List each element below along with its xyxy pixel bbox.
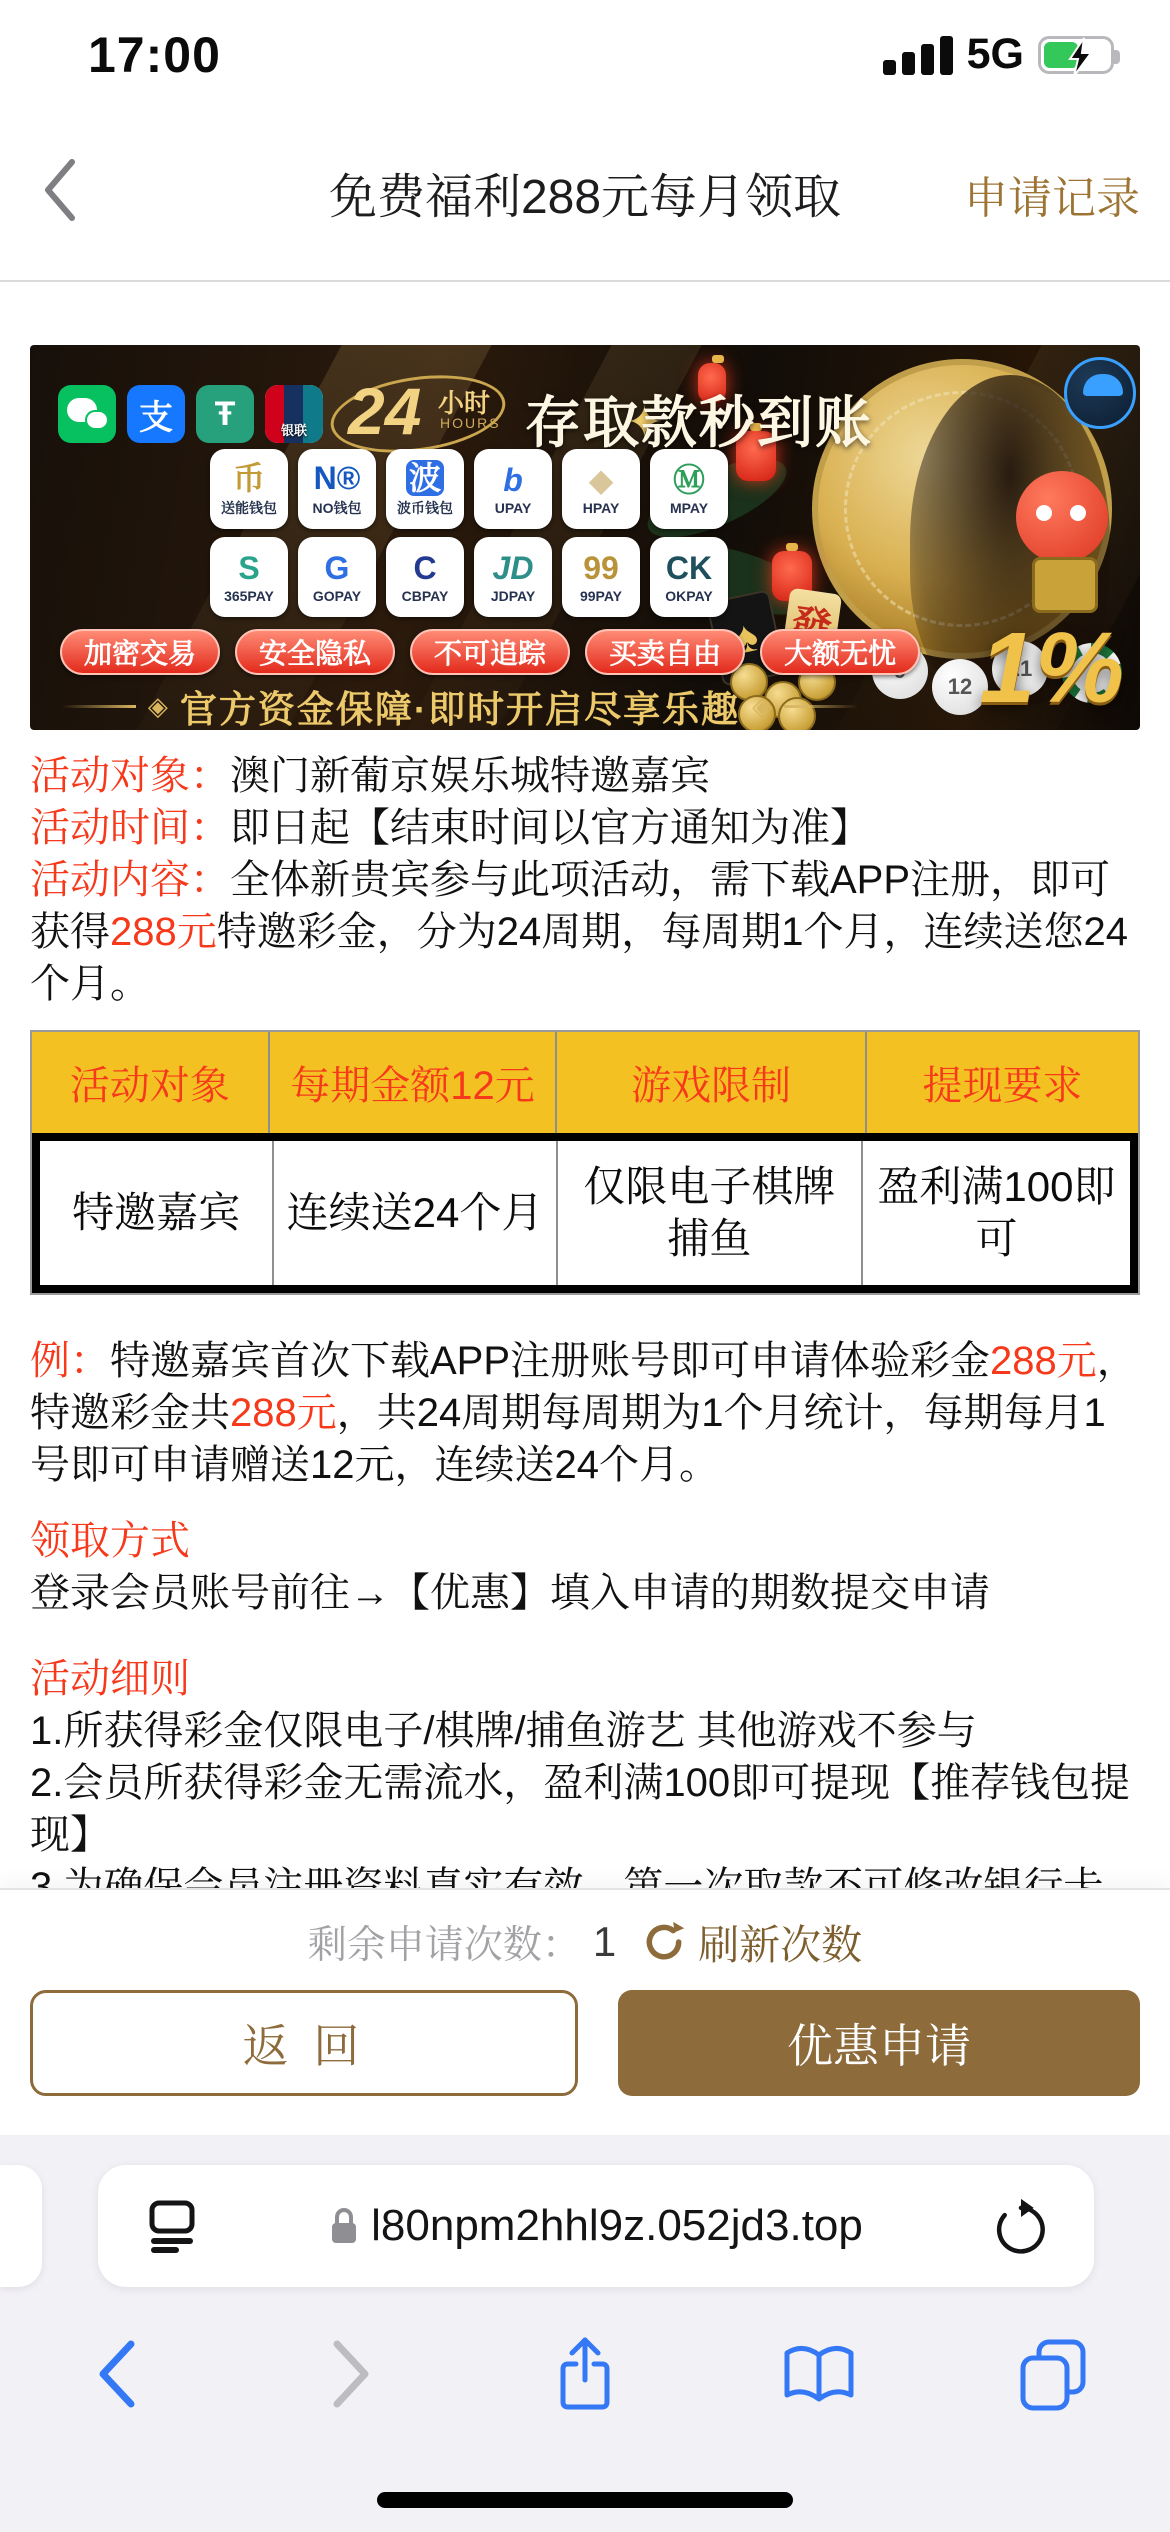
lock-icon bbox=[329, 2206, 359, 2246]
home-indicator[interactable] bbox=[377, 2492, 793, 2508]
wallet-tile: 波波币钱包 bbox=[386, 449, 464, 529]
alipay-icon: 支 bbox=[127, 385, 185, 443]
activity-time-value: 即日起【结束时间以官方通知为准】 bbox=[230, 806, 870, 850]
bonus-amount: 288元 bbox=[110, 910, 217, 954]
banner-headline: 存取款秒到账 bbox=[525, 379, 873, 459]
claim-method-section: 领取方式 登录会员账号前往→【优惠】填入申请的期数提交申请 bbox=[0, 1515, 1170, 1619]
parachute-toy-decoration bbox=[1064, 357, 1136, 429]
apply-promo-button[interactable]: 优惠申请 bbox=[618, 1990, 1140, 2096]
activity-intro: 活动对象：澳门新葡京娱乐城特邀嘉宾 活动时间：即日起【结束时间以官方通知为准】 … bbox=[0, 750, 1170, 1010]
signal-strength-icon bbox=[883, 35, 953, 75]
activity-time-label: 活动时间： bbox=[30, 806, 230, 850]
table-cell: 盈利满100即可 bbox=[863, 1141, 1130, 1285]
rule-item: 1.所获得彩金仅限电子/棋牌/捕鱼游艺 其他游戏不参与 bbox=[30, 1705, 1140, 1757]
share-icon[interactable] bbox=[545, 2331, 625, 2417]
gift-box-decoration bbox=[1032, 557, 1098, 613]
rule-item: 2.会员所获得彩金无需流水，盈利满100即可提现【推荐钱包提现】 bbox=[30, 1757, 1140, 1861]
wallet-tiles-row1: 币送能钱包 N®NO钱包 波波币钱包 bUPAY ◆HPAY ⓂMPAY bbox=[210, 449, 728, 529]
wallet-tile: ◆HPAY bbox=[562, 449, 640, 529]
table-header-cell: 提现要求 bbox=[867, 1032, 1138, 1133]
wechat-icon bbox=[58, 385, 116, 443]
table-header-cell: 每期金额12元 bbox=[270, 1032, 558, 1133]
rule-item: 3.为确保会员注册资料真实有效，第一次取款不可修改银行卡及任何资料，如需修改将扣… bbox=[30, 1861, 1140, 1890]
table-header-cell: 活动对象 bbox=[32, 1032, 270, 1133]
wallet-tile: GGOPAY bbox=[298, 537, 376, 617]
table-header-cell: 游戏限制 bbox=[557, 1032, 867, 1133]
promo-table: 活动对象 每期金额12元 游戏限制 提现要求 特邀嘉宾 连续送24个月 仅限电子… bbox=[30, 1030, 1140, 1295]
lightning-bolt-icon bbox=[1063, 37, 1097, 77]
promo-table-header: 活动对象 每期金额12元 游戏限制 提现要求 bbox=[32, 1032, 1138, 1133]
page-header: 免费福利288元每月领取 申请记录 bbox=[0, 100, 1170, 282]
feature-pill: 不可追踪 bbox=[410, 629, 570, 675]
wallet-tile: S365PAY bbox=[210, 537, 288, 617]
banner-slogan: ◈ 官方资金保障·即时开启尽享乐趣 ◈ START HAVING FUN IN … bbox=[60, 679, 860, 730]
return-button[interactable]: 返 回 bbox=[30, 1990, 578, 2096]
promo-banner[interactable]: ✦ ♠ 發 9 12 21 1% 支 Ŧ 银联 24 bbox=[30, 345, 1140, 730]
status-bar: 17:00 5G bbox=[0, 0, 1170, 100]
action-footer: 剩余申请次数： 1 刷新次数 返 回 优惠申请 bbox=[0, 1890, 1170, 2135]
reload-icon[interactable] bbox=[992, 2197, 1050, 2255]
bonus-amount: 288元 bbox=[990, 1339, 1097, 1383]
activity-object-value: 澳门新葡京娱乐城特邀嘉宾 bbox=[230, 754, 710, 798]
table-cell: 连续送24个月 bbox=[274, 1141, 557, 1285]
activity-object-label: 活动对象： bbox=[30, 754, 230, 798]
table-cell: 特邀嘉宾 bbox=[40, 1141, 274, 1285]
claim-method-body: 登录会员账号前往→【优惠】填入申请的期数提交申请 bbox=[30, 1567, 1140, 1619]
page-content: ✦ ♠ 發 9 12 21 1% 支 Ŧ 银联 24 bbox=[0, 284, 1170, 1890]
battery-charging-icon bbox=[1038, 36, 1114, 74]
bookmarks-icon[interactable] bbox=[779, 2331, 859, 2417]
percent-badge: 1% bbox=[979, 611, 1124, 726]
24-hours-badge: 24 小时 HOURS bbox=[330, 371, 510, 457]
tabs-icon[interactable] bbox=[1013, 2331, 1093, 2417]
wallet-tile: bUPAY bbox=[474, 449, 552, 529]
feature-pill: 买卖自由 bbox=[585, 629, 745, 675]
refresh-count-link[interactable]: 刷新次数 bbox=[698, 1912, 862, 1971]
wallet-tile: CCBPAY bbox=[386, 537, 464, 617]
application-records-link[interactable]: 申请记录 bbox=[964, 162, 1140, 226]
activity-content-label: 活动内容： bbox=[30, 858, 230, 902]
wallet-tile: N®NO钱包 bbox=[298, 449, 376, 529]
adjacent-tab-edge[interactable] bbox=[0, 2165, 42, 2287]
clock: 17:00 bbox=[88, 26, 221, 84]
claim-method-title: 领取方式 bbox=[30, 1515, 1140, 1567]
address-bar[interactable]: l80npm2hhl9z.052jd3.top bbox=[98, 2165, 1094, 2287]
feature-pill: 大额无忧 bbox=[760, 629, 920, 675]
bonus-amount: 288元 bbox=[230, 1391, 337, 1435]
rules-title: 活动细则 bbox=[30, 1653, 1140, 1705]
feature-pill: 加密交易 bbox=[60, 629, 220, 675]
iphone-screen: 17:00 5G 免费福利288元每月领取 申请记录 ✦ bbox=[0, 0, 1170, 2532]
promo-table-row: 特邀嘉宾 连续送24个月 仅限电子棋牌捕鱼 盈利满100即可 bbox=[32, 1133, 1138, 1293]
tether-icon: Ŧ bbox=[196, 385, 254, 443]
wallet-tile: ⓂMPAY bbox=[650, 449, 728, 529]
example-label: 例： bbox=[30, 1339, 110, 1383]
remaining-count-label: 剩余申请次数： bbox=[308, 1914, 581, 1970]
example-paragraph: 例：特邀嘉宾首次下载APP注册账号即可申请体验彩金288元，特邀彩金共288元，… bbox=[0, 1335, 1170, 1491]
safari-chrome: l80npm2hhl9z.052jd3.top bbox=[0, 2135, 1170, 2532]
network-type: 5G bbox=[967, 30, 1024, 79]
safari-toolbar bbox=[0, 2321, 1170, 2431]
remaining-count-value: 1 bbox=[593, 1918, 616, 1966]
wallet-tile: 9999PAY bbox=[562, 537, 640, 617]
remaining-count-row: 剩余申请次数： 1 刷新次数 bbox=[0, 1912, 1170, 1971]
octopus-toy-decoration bbox=[1016, 471, 1108, 563]
wallet-tile: JDJDPAY bbox=[474, 537, 552, 617]
feature-pill: 安全隐私 bbox=[235, 629, 395, 675]
refresh-icon[interactable] bbox=[642, 1920, 686, 1964]
wallet-tile: 币送能钱包 bbox=[210, 449, 288, 529]
wallet-tiles-row2: S365PAY GGOPAY CCBPAY JDJDPAY 9999PAY CK… bbox=[210, 537, 728, 617]
rules-section: 活动细则 1.所获得彩金仅限电子/棋牌/捕鱼游艺 其他游戏不参与 2.会员所获得… bbox=[0, 1653, 1170, 1890]
wallet-tile: CKOKPAY bbox=[650, 537, 728, 617]
table-cell: 仅限电子棋牌捕鱼 bbox=[558, 1141, 863, 1285]
payment-app-icons: 支 Ŧ 银联 bbox=[58, 385, 323, 443]
feature-pills: 加密交易 安全隐私 不可追踪 买卖自由 大额无忧 bbox=[60, 629, 920, 675]
browser-back-button[interactable] bbox=[77, 2331, 157, 2417]
unionpay-icon: 银联 bbox=[265, 385, 323, 443]
browser-forward-button[interactable] bbox=[311, 2331, 391, 2417]
url-text: l80npm2hhl9z.052jd3.top bbox=[371, 2201, 863, 2251]
